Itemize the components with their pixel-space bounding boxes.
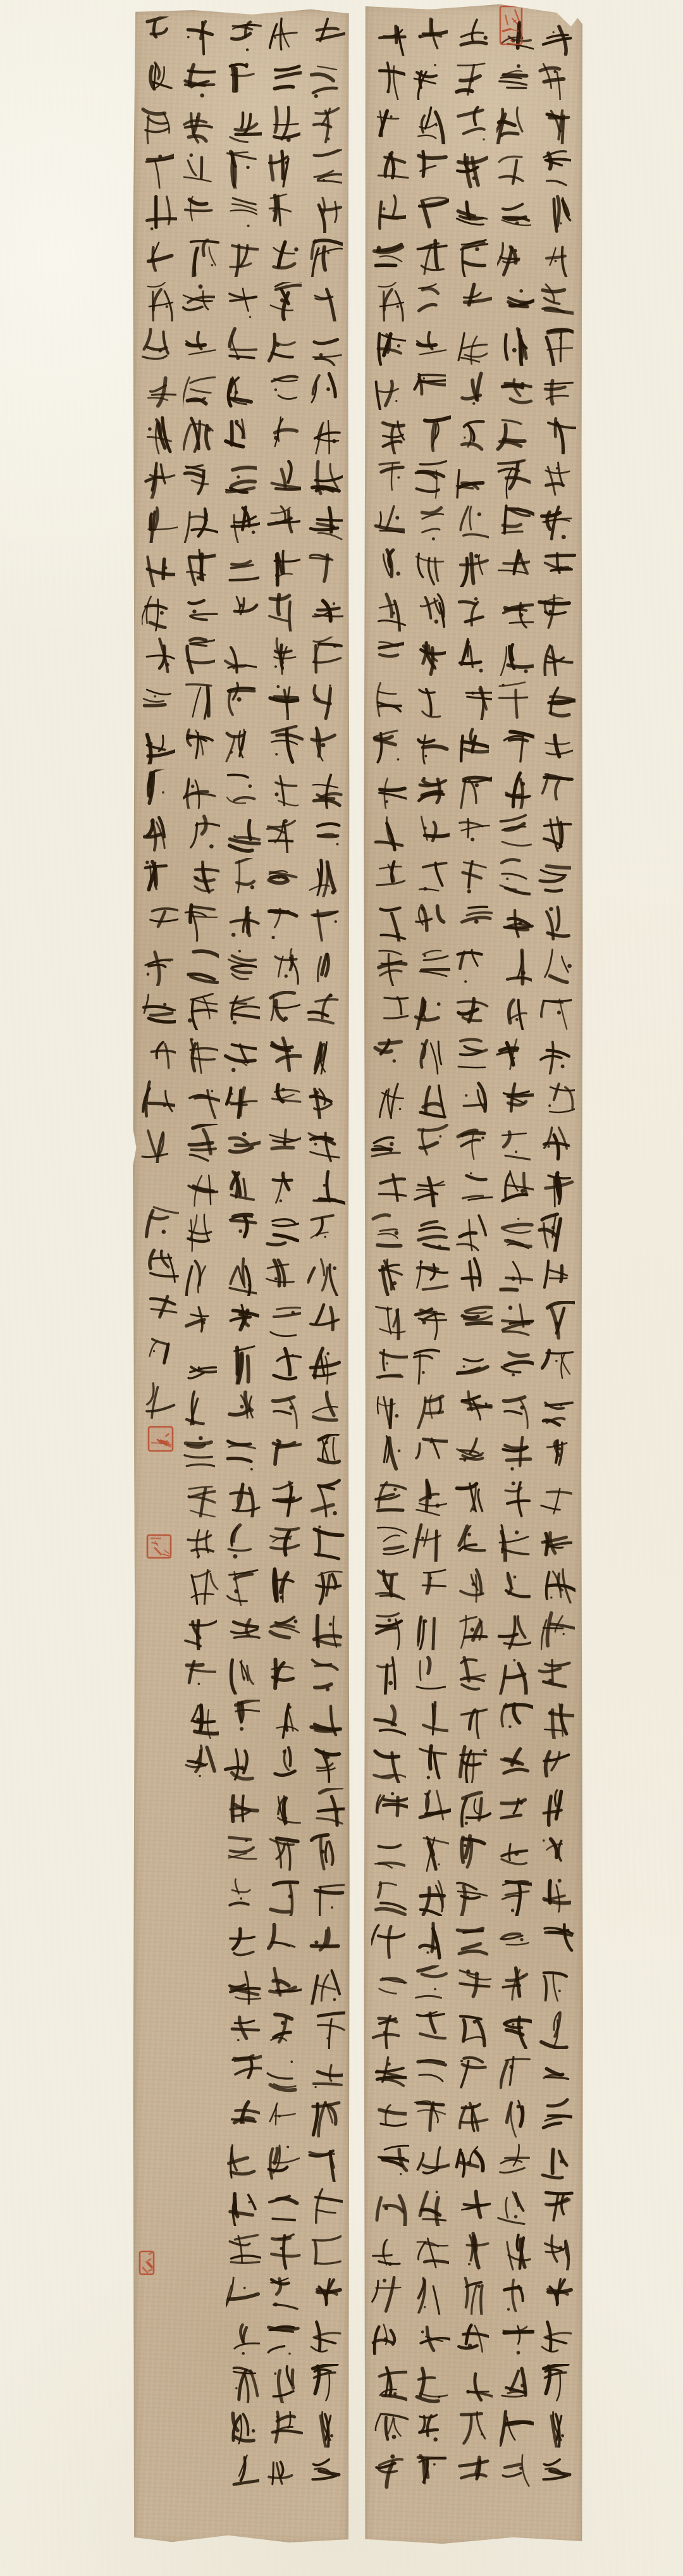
scan-background: { "artwork": { "description": "Chinese c… xyxy=(0,0,683,2576)
top-collector-seal xyxy=(499,5,523,46)
right-strip-seals xyxy=(364,4,583,2546)
calligraphy-glyph xyxy=(145,1291,179,1330)
right-paper-strip xyxy=(364,4,583,2546)
signature-seal-lower xyxy=(146,1534,172,1559)
left-strip-signature-and-seals xyxy=(133,9,350,2545)
calligraphy-glyph xyxy=(145,1379,179,1419)
calligraphy-glyph xyxy=(145,1202,179,1241)
calligraphy-glyph xyxy=(145,1335,179,1374)
artist-signature-column xyxy=(144,1202,180,1424)
left-paper-strip xyxy=(133,9,350,2545)
calligraphy-glyph xyxy=(145,1247,179,1286)
signature-seal-upper xyxy=(147,1426,174,1452)
edge-collector-seal xyxy=(138,2250,155,2275)
